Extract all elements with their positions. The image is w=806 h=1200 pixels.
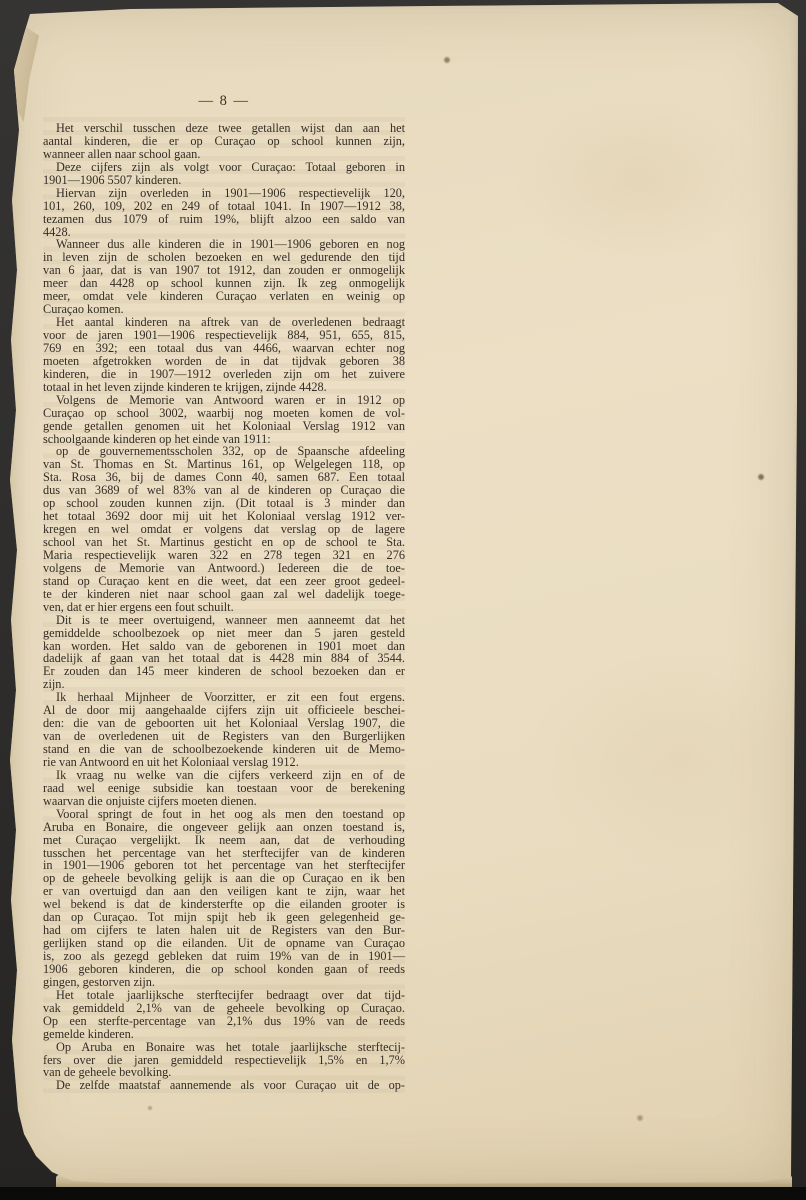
text-line: Op Aruba en Bonaire was het totale jaarl… [43,1041,405,1054]
text-line: rie van Antwoord en uit het Koloniaal ve… [43,756,405,769]
text-line: Hiervan zijn overleden in 1901—1906 resp… [43,187,405,200]
text-line: waarvan die onjuiste cijfers moeten dien… [43,795,405,808]
text-line: De zelfde maatstaf aannemende als voor C… [43,1079,405,1092]
text-line: volgens de Memorie van Antwoord.) Iedere… [43,562,405,575]
text-line: Het verschil tusschen deze twee getallen… [43,122,405,135]
paper-sheet: — 8 — Het verschil tusschen deze twee ge… [0,0,800,1188]
text-line: raad wel eenige subsidie kan toestaan vo… [43,782,405,795]
text-line: Curaçao op school 3002, waarbij nog moet… [43,407,405,420]
text-line: totaal in het leven zijnde kinderen te k… [43,381,405,394]
text-line: Volgens de Memorie van Antwoord waren er… [43,394,405,407]
text-line: kinderen, die in 1907—1912 overleden zij… [43,368,405,381]
text-line: gingen, gestorven zijn. [43,976,405,989]
text-line: Deze cijfers zijn als volgt voor Curaçao… [43,161,405,174]
text-line: vak gemiddeld 2,1% van de geheele bevolk… [43,1002,405,1015]
text-line: ven, dat er hier ergens een fout schuilt… [43,601,405,614]
text-line: 101, 260, 109, 202 en 249 of totaal 1041… [43,200,405,213]
text-line: stand en die van de schoolbezoekende kin… [43,743,405,756]
text-line: school van het St. Martinus gesticht en … [43,536,405,549]
text-column: Het verschil tusschen deze twee getallen… [43,122,405,1092]
text-line: Dit is te meer overtuigend, wanneer men … [43,614,405,627]
text-line: gende getallen genomen uit het Koloniaal… [43,420,405,433]
text-line: te der kinderen niet naar school gaan za… [43,588,405,601]
text-line: Aruba en Bonaire, die ongeveer gelijk aa… [43,821,405,834]
text-line: tezamen dus 1079 of ruim 19%, blijft alz… [43,213,405,226]
text-line: gemiddelde schoolbezoek op niet meer dan… [43,627,405,640]
text-line: Vooral springt de fout in het oog als me… [43,808,405,821]
text-line: 769 en 392; een totaal dus van 4466, waa… [43,342,405,355]
text-line: Er zouden dan 145 meer kinderen de schoo… [43,665,405,678]
page-number: — 8 — [43,93,405,110]
text-line: aantal kinderen, die er op Curaçao op sc… [43,135,405,148]
text-line: Ik vraag nu welke van die cijfers verkee… [43,769,405,782]
scanned-page: — 8 — Het verschil tusschen deze twee ge… [0,0,806,1200]
bottom-scan-strip [0,1187,806,1200]
text-line: is, zoo als gezegd gebleken dat ruim 19%… [43,950,405,963]
text-line: gemelde kinderen. [43,1028,405,1041]
text-line: Op een sterfte-percentage van 2,1% dus 1… [43,1015,405,1028]
text-line: Het totale jaarlijksche sterftecijfer be… [43,989,405,1002]
text-line: met Curaçao vergelijkt. Ik neem aan, dat… [43,834,405,847]
text-line: wanneer allen naar school gaan. [43,148,405,161]
text-line: stand op Curaçao kent en die weet, dat e… [43,575,405,588]
text-line: Maria respectievelijk waren 322 en 278 t… [43,549,405,562]
text-line: moeten afgetrokken worden de in dat tijd… [43,355,405,368]
text-line: 1901—1906 5507 kinderen. [43,174,405,187]
text-line: 1906 geboren kinderen, die op school kon… [43,963,405,976]
torn-corner-fold [7,26,39,122]
text-line: voor de jaren 1901—1906 respectievelijk … [43,329,405,342]
